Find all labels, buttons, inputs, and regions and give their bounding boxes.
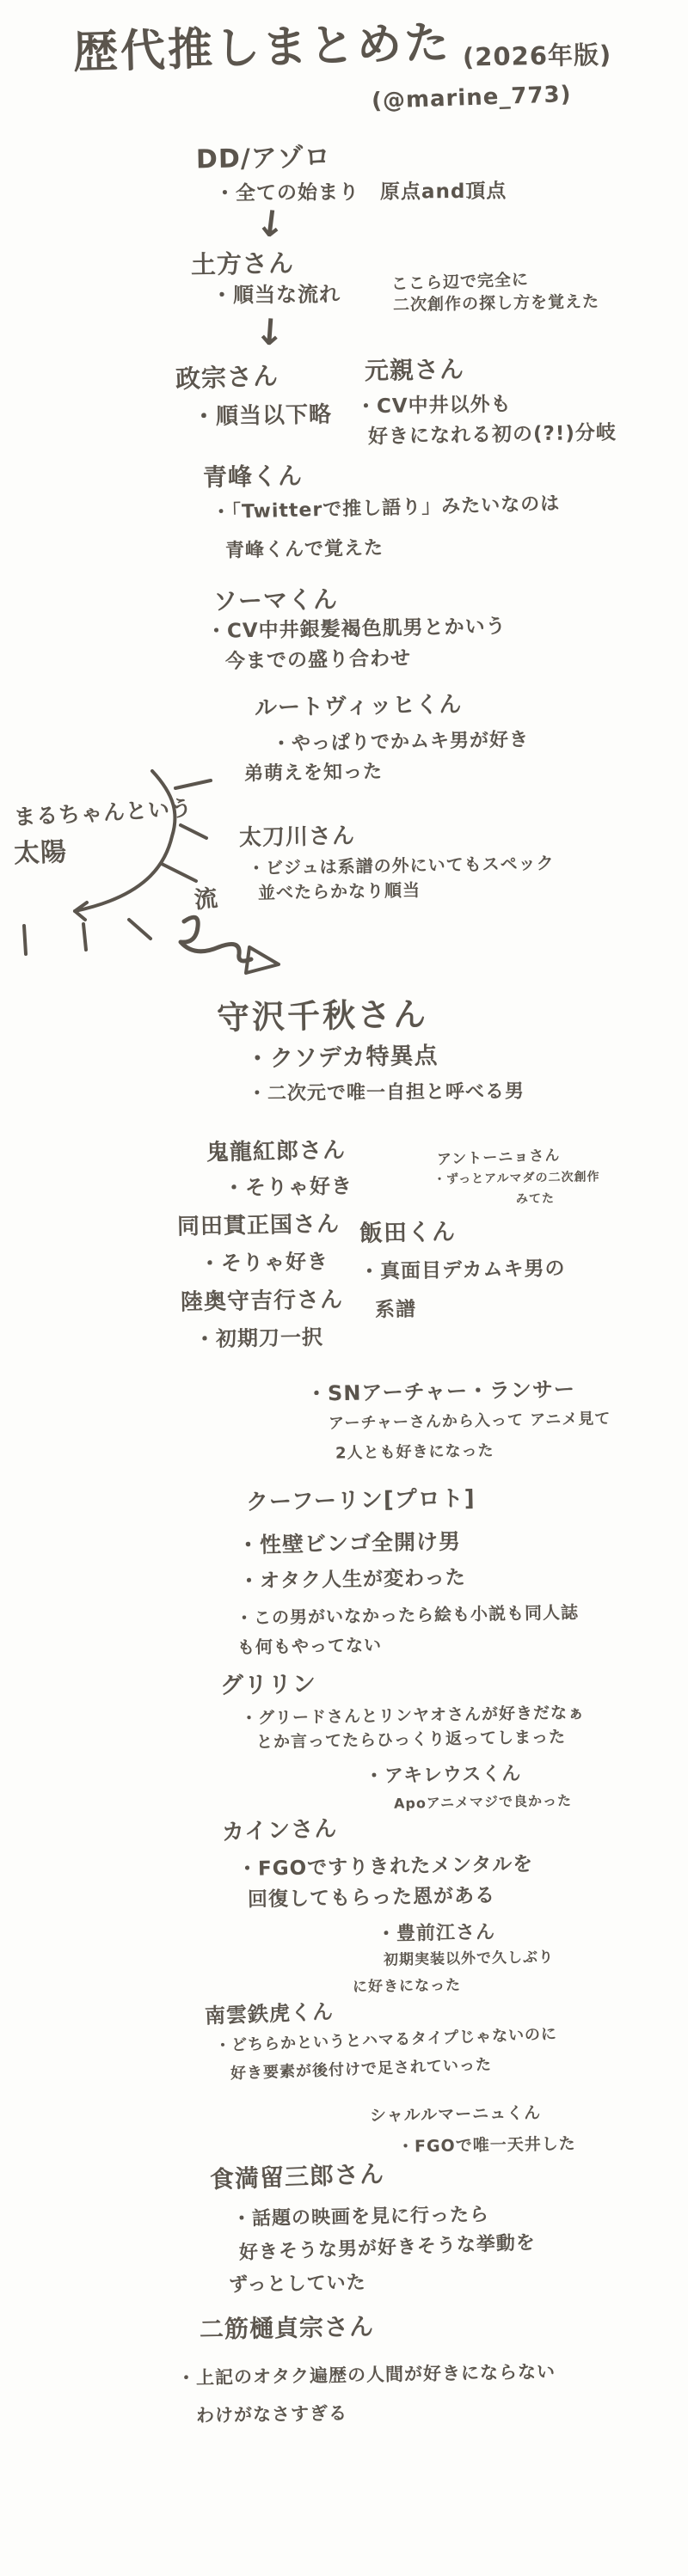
- entry-hijikata-note: ・順当な流れ: [212, 283, 341, 307]
- entry-tachikawa-note-2: 並べたらかなり順当: [258, 880, 421, 902]
- entry-morisawa-note-1: ・クソデカ特異点: [246, 1043, 439, 1073]
- entry-futasujihi-name: 二筋樋貞宗さん: [200, 2314, 375, 2343]
- entry-achilles-note-1: ・アキレウスくん: [365, 1764, 522, 1787]
- entry-iida-name: 飯田くん: [359, 1220, 457, 1247]
- flow-squiggle-arrow-icon: [169, 909, 298, 987]
- entry-sn-pair-note-2: アーチャーさんから入って アニメ見て: [329, 1410, 611, 1433]
- entry-cu-proto-note-4: も何もやってない: [237, 1636, 382, 1657]
- entry-motochika-note-1: ・CV中井以外も: [356, 394, 512, 418]
- entry-cu-proto-note-2: ・オタク人生が変わった: [239, 1568, 466, 1594]
- entry-kema-note-1: ・話題の映画を見に行ったら: [232, 2205, 489, 2230]
- entry-antonio-note-1: ・ずっとアルマダの二次創作: [433, 1171, 600, 1187]
- entry-cain-note-1: ・FGOですりきれたメンタルを: [237, 1854, 534, 1881]
- entry-doudanuki-name: 同田貫正国さん: [177, 1212, 340, 1239]
- entry-gririn-note-1: ・グリードさんとリンヤオさんが好きだなぁ: [241, 1704, 585, 1729]
- entry-kema-name: 食満留三郎さん: [210, 2161, 385, 2194]
- entry-ludwig-name: ルートヴィッヒくん: [255, 693, 463, 721]
- entry-aomine-name: 青峰くん: [203, 463, 304, 492]
- entry-kema-note-2: 好きそうな男が好きそうな挙動を: [239, 2233, 537, 2264]
- entry-kiryu-name: 鬼龍紅郎さん: [206, 1139, 346, 1166]
- entry-iida-note-2: 系譜: [375, 1300, 416, 1322]
- entry-sn-pair-note-3: 2人とも好きになった: [335, 1442, 494, 1462]
- entry-nagumo-note-1: ・どちらかというとハマるタイプじゃないのに: [215, 2026, 558, 2055]
- entry-cu-proto-note-1: ・性壁ビンゴ全開け男: [237, 1530, 461, 1557]
- entry-hijikata-side-note-1: ここら辺で完全に: [391, 271, 530, 293]
- entry-nagumo-name: 南雲鉄虎くん: [205, 2000, 335, 2028]
- author-handle: (@marine_773): [372, 83, 572, 114]
- entry-soma-note-2: 今までの盛り合わせ: [225, 648, 411, 673]
- entry-hijikata-side-note-2: 二次創作の探し方を覚えた: [393, 293, 599, 315]
- entry-morisawa-name: 守沢千秋さん: [217, 997, 429, 1037]
- entry-tachikawa-name: 太刀川さん: [239, 824, 355, 851]
- entry-cu-proto-name: クーフーリン[プロト]: [246, 1487, 476, 1515]
- entry-buzen-note-1: ・豊前江さん: [377, 1923, 495, 1946]
- entry-buzen-note-3: に好きになった: [353, 1978, 461, 1996]
- page-title-year: (2026年版): [463, 41, 612, 71]
- down-arrow-icon: ↓: [253, 203, 289, 246]
- entry-mutsunokami-note: ・初期刀一択: [194, 1326, 323, 1351]
- entry-masamune-name: 政宗さん: [175, 363, 279, 394]
- sun-label-2: 太陽: [13, 838, 67, 868]
- entry-mutsunokami-name: 陸奥守吉行さん: [181, 1288, 343, 1315]
- entry-cain-note-2: 回復してもらった恩がある: [248, 1885, 495, 1911]
- page-title: 歴代推しまとめた: [72, 19, 451, 78]
- entry-gririn-note-2: とか言ってたらひっくり返ってしまった: [256, 1729, 566, 1752]
- entry-cu-proto-note-3: ・この男がいなかったら絵も小説も同人誌: [236, 1603, 579, 1628]
- entry-futasujihi-note-1: ・上記のオタク遍歴の人間が好きにならない: [177, 2362, 556, 2389]
- entry-motochika-name: 元親さん: [365, 357, 465, 385]
- entry-cain-name: カインさん: [222, 1817, 338, 1845]
- entry-charlemagne-note: ・FGOで唯一天井した: [397, 2135, 576, 2157]
- entry-soma-name: ソーマくん: [213, 587, 339, 615]
- handwritten-note-page: 歴代推しまとめた (2026年版) (@marine_773) DD/アゾロ ・…: [0, 0, 688, 2576]
- down-arrow-icon: ↓: [253, 312, 286, 354]
- entry-doudanuki-note: ・そりゃ好き: [200, 1251, 329, 1276]
- entry-aomine-note-1: ・「Twitterで推し語り」みたいなのは: [212, 494, 561, 524]
- entry-hijikata-name: 土方さん: [191, 250, 295, 279]
- entry-tachikawa-note-1: ・ビジュは系譜の外にいてもスペック: [248, 854, 555, 878]
- entry-gririn-name: グリリン: [220, 1672, 317, 1699]
- entry-aomine-note-2: 青峰くんで覚えた: [225, 538, 384, 561]
- entry-dd-azoro-name: DD/アゾロ: [196, 144, 331, 174]
- entry-antonio-name: アントーニョさん: [437, 1148, 561, 1169]
- entry-morisawa-note-2: ・二次元で唯一自担と呼べる男: [248, 1082, 525, 1105]
- entry-iida-note-1: ・真面目デカムキ男の: [359, 1258, 566, 1283]
- entry-soma-note-1: ・CV中井銀髪褐色肌男とかいう: [206, 616, 507, 643]
- entry-ludwig-note-1: ・やっぱりでかムキ男が好き: [272, 730, 529, 755]
- entry-sn-pair-note-1: ・SNアーチャー・ランサー: [306, 1378, 575, 1405]
- entry-nagumo-note-2: 好き要素が後付けで足されていった: [230, 2057, 493, 2083]
- entry-antonio-note-2: みてた: [516, 1193, 555, 1207]
- entry-futasujihi-note-2: わけがなさすぎる: [196, 2403, 347, 2426]
- entry-achilles-note-2: Apoアニメマジで良かった: [394, 1793, 572, 1811]
- entry-buzen-note-2: 初期実装以外で久しぶり: [384, 1949, 554, 1968]
- entry-kiryu-note: ・そりゃ好き: [224, 1175, 353, 1200]
- entry-motochika-note-2: 好きになれる初の(?!)分岐: [368, 422, 617, 448]
- entry-charlemagne-name: シャルルマーニュくん: [370, 2104, 541, 2125]
- entry-masamune-note: ・順当以下略: [193, 403, 332, 430]
- entry-kema-note-3: ずっとしていた: [229, 2273, 366, 2297]
